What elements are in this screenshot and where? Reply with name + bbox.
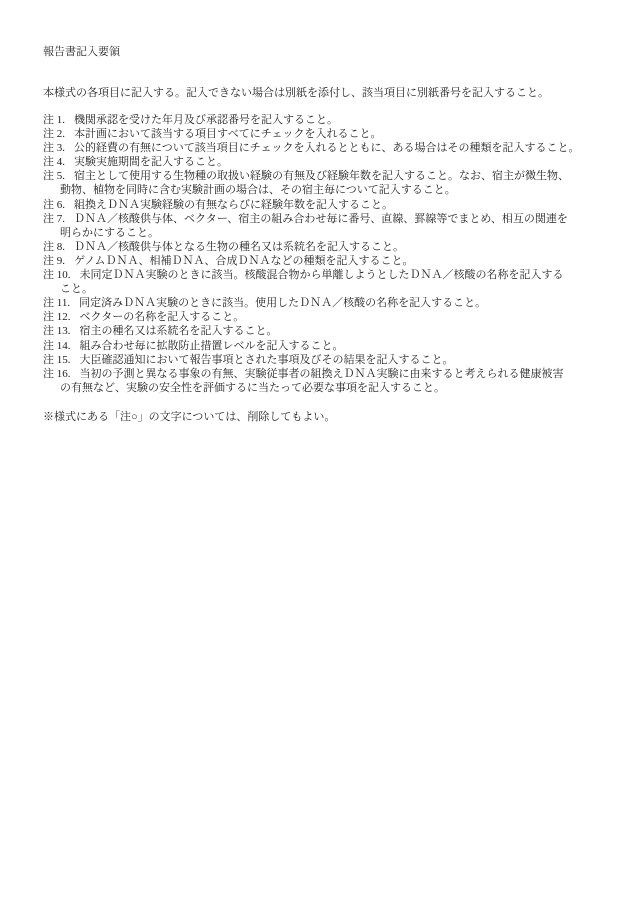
note-first-line: 注 1.機関承認を受けた年月及び承認番号を記入すること。 <box>43 113 618 127</box>
note-text: 未同定ＤＮＡ実験のときに該当。核酸混合物から単離しようとしたＤＮＡ／核酸の名称を… <box>80 269 564 281</box>
note-item: 注 7.ＤＮＡ／核酸供与体、ベクター、宿主の組み合わせ毎に番号、直線、罫線等でま… <box>43 212 618 240</box>
note-item: 注 16.当初の予測と異なる事象の有無、実験従事者の組換えＤＮＡ実験に由来すると… <box>43 367 618 395</box>
note-label: 注 5. <box>43 170 65 182</box>
note-text: 宿主の種名又は系統名を記入すること。 <box>80 325 278 337</box>
note-text: 実験実施期間を記入すること。 <box>74 156 228 168</box>
note-label: 注 8. <box>43 241 65 253</box>
note-label: 注 10. <box>43 269 71 281</box>
note-label: 注 11. <box>43 297 70 309</box>
document-page: 報告書記入要領 本様式の各項目に記入する。記入できない場合は別紙を添付し、該当項… <box>0 0 630 903</box>
page-title: 報告書記入要領 <box>43 45 618 59</box>
note-label: 注 16. <box>43 368 71 380</box>
note-item: 注 1.機関承認を受けた年月及び承認番号を記入すること。 <box>43 113 618 127</box>
note-continuation-line: 明らかにすること。 <box>43 226 618 240</box>
note-text: 当初の予測と異なる事象の有無、実験従事者の組換えＤＮＡ実験に由来すると考えられる… <box>80 368 564 380</box>
note-first-line: 注 16.当初の予測と異なる事象の有無、実験従事者の組換えＤＮＡ実験に由来すると… <box>43 367 618 381</box>
note-text: ゲノムＤＮＡ、相補ＤＮＡ、合成ＤＮＡなどの種類を記入すること。 <box>74 255 413 267</box>
note-first-line: 注 10.未同定ＤＮＡ実験のときに該当。核酸混合物から単離しようとしたＤＮＡ／核… <box>43 268 618 282</box>
note-first-line: 注 9.ゲノムＤＮＡ、相補ＤＮＡ、合成ＤＮＡなどの種類を記入すること。 <box>43 254 618 268</box>
note-text: 組換えＤＮＡ実験経験の有無ならびに経験年数を記入すること。 <box>74 199 393 211</box>
note-text: 本計画において該当する項目すべてにチェックを入れること。 <box>74 128 381 140</box>
note-item: 注 13.宿主の種名又は系統名を記入すること。 <box>43 324 618 338</box>
footnote: ※様式にある「注○」の文字については、削除してもよい。 <box>43 410 618 424</box>
note-text: 組み合わせ毎に拡散防止措置レベルを記入すること。 <box>80 340 344 352</box>
note-text: ベクターの名称を記入すること。 <box>80 311 245 323</box>
note-item: 注 15.大臣確認通知において報告事項とされた事項及びその結果を記入すること。 <box>43 353 618 367</box>
note-continuation-line: 動物、植物を同時に含む実験計画の場合は、その宿主毎について記入すること。 <box>43 183 618 197</box>
note-label: 注 9. <box>43 255 65 267</box>
note-text: 大臣確認通知において報告事項とされた事項及びその結果を記入すること。 <box>80 354 454 366</box>
note-first-line: 注 6.組換えＤＮＡ実験経験の有無ならびに経験年数を記入すること。 <box>43 198 618 212</box>
note-label: 注 2. <box>43 128 65 140</box>
note-item: 注 12.ベクターの名称を記入すること。 <box>43 310 618 324</box>
note-text: 公的経費の有無について該当項目にチェックを入れるとともに、ある場合はその種類を記… <box>74 142 579 154</box>
note-first-line: 注 5.宿主として使用する生物種の取扱い経験の有無及び経験年数を記入すること。な… <box>43 169 618 183</box>
note-label: 注 13. <box>43 325 71 337</box>
note-label: 注 1. <box>43 114 65 126</box>
note-first-line: 注 7.ＤＮＡ／核酸供与体、ベクター、宿主の組み合わせ毎に番号、直線、罫線等でま… <box>43 212 618 226</box>
note-first-line: 注 2.本計画において該当する項目すべてにチェックを入れること。 <box>43 127 618 141</box>
note-first-line: 注 3.公的経費の有無について該当項目にチェックを入れるとともに、ある場合はその… <box>43 141 618 155</box>
note-first-line: 注 11.同定済みＤＮＡ実験のときに該当。使用したＤＮＡ／核酸の名称を記入するこ… <box>43 296 618 310</box>
note-item: 注 11.同定済みＤＮＡ実験のときに該当。使用したＤＮＡ／核酸の名称を記入するこ… <box>43 296 618 310</box>
note-item: 注 2.本計画において該当する項目すべてにチェックを入れること。 <box>43 127 618 141</box>
note-item: 注 6.組換えＤＮＡ実験経験の有無ならびに経験年数を記入すること。 <box>43 198 618 212</box>
note-item: 注 9.ゲノムＤＮＡ、相補ＤＮＡ、合成ＤＮＡなどの種類を記入すること。 <box>43 254 618 268</box>
note-label: 注 15. <box>43 354 71 366</box>
note-first-line: 注 12.ベクターの名称を記入すること。 <box>43 310 618 324</box>
note-text: 同定済みＤＮＡ実験のときに該当。使用したＤＮＡ／核酸の名称を記入すること。 <box>79 297 486 309</box>
note-label: 注 12. <box>43 311 71 323</box>
note-first-line: 注 14.組み合わせ毎に拡散防止措置レベルを記入すること。 <box>43 339 618 353</box>
note-label: 注 14. <box>43 340 71 352</box>
note-continuation-line: こと。 <box>43 282 618 296</box>
notes-list: 注 1.機関承認を受けた年月及び承認番号を記入すること。 注 2.本計画において… <box>43 113 618 395</box>
note-item: 注 4.実験実施期間を記入すること。 <box>43 155 618 169</box>
note-item: 注 14.組み合わせ毎に拡散防止措置レベルを記入すること。 <box>43 339 618 353</box>
note-text: 宿主として使用する生物種の取扱い経験の有無及び経験年数を記入すること。なお、宿主… <box>74 170 569 182</box>
note-continuation-line: の有無など、実験の安全性を評価するに当たって必要な事項を記入すること。 <box>43 381 618 395</box>
note-text: 機関承認を受けた年月及び承認番号を記入すること。 <box>74 114 338 126</box>
note-first-line: 注 13.宿主の種名又は系統名を記入すること。 <box>43 324 618 338</box>
note-first-line: 注 4.実験実施期間を記入すること。 <box>43 155 618 169</box>
note-item: 注 8.ＤＮＡ／核酸供与体となる生物の種名又は系統名を記入すること。 <box>43 240 618 254</box>
note-text: ＤＮＡ／核酸供与体となる生物の種名又は系統名を記入すること。 <box>74 241 404 253</box>
note-label: 注 3. <box>43 142 65 154</box>
note-first-line: 注 8.ＤＮＡ／核酸供与体となる生物の種名又は系統名を記入すること。 <box>43 240 618 254</box>
note-text: ＤＮＡ／核酸供与体、ベクター、宿主の組み合わせ毎に番号、直線、罫線等でまとめ、相… <box>74 213 568 225</box>
note-label: 注 4. <box>43 156 65 168</box>
note-first-line: 注 15.大臣確認通知において報告事項とされた事項及びその結果を記入すること。 <box>43 353 618 367</box>
note-label: 注 7. <box>43 213 65 225</box>
note-item: 注 5.宿主として使用する生物種の取扱い経験の有無及び経験年数を記入すること。な… <box>43 169 618 197</box>
note-label: 注 6. <box>43 199 65 211</box>
note-item: 注 10.未同定ＤＮＡ実験のときに該当。核酸混合物から単離しようとしたＤＮＡ／核… <box>43 268 618 296</box>
note-item: 注 3.公的経費の有無について該当項目にチェックを入れるとともに、ある場合はその… <box>43 141 618 155</box>
intro-paragraph: 本様式の各項目に記入する。記入できない場合は別紙を添付し、該当項目に別紙番号を記… <box>43 86 618 100</box>
